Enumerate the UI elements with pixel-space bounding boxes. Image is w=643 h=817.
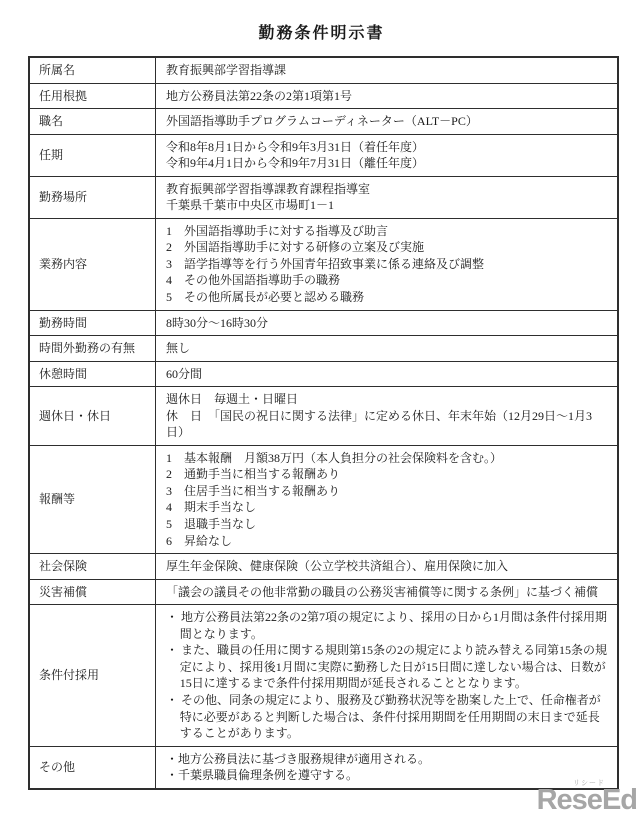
row-label: 職名 [29, 109, 156, 135]
table-row: 勤務場所 教育振興部学習指導課教育課程指導室 千葉県千葉市中央区市場町1－1 [29, 176, 618, 218]
row-label: 休憩時間 [29, 361, 156, 387]
value-line: 外国語指導助手プログラムコーディネーター（ALT－PC） [166, 113, 607, 130]
row-label: 勤務時間 [29, 310, 156, 336]
value-line: 6 昇給なし [166, 533, 607, 550]
value-line: 60分間 [166, 366, 607, 383]
value-line: 地方公務員法第22条の2第1項第1号 [166, 88, 607, 105]
value-line: ・ その他、同条の規定により、服務及び勤務状況等を勘案した上で、任命権者が特に必… [166, 692, 607, 742]
row-label: 社会保険 [29, 554, 156, 580]
table-row: 勤務時間 8時30分～16時30分 [29, 310, 618, 336]
value-line: 3 語学指導等を行う外国青年招致事業に係る連絡及び調整 [166, 256, 607, 273]
value-line: 厚生年金保険、健康保険（公立学校共済組合）、雇用保険に加入 [166, 558, 607, 575]
value-line: ・ また、職員の任用に関する規則第15条の2の規定により読み替える同第15条の規… [166, 642, 607, 692]
value-line: 1 外国語指導助手に対する指導及び助言 [166, 223, 607, 240]
table-row: 週休日・休日 週休日 毎週土・日曜日 休 日 「国民の祝日に関する法律」に定める… [29, 387, 618, 446]
row-value: 無し [156, 336, 619, 362]
table-row: 所属名 教育振興部学習指導課 [29, 57, 618, 83]
table-row: 報酬等 1 基本報酬 月額38万円（本人負担分の社会保険料を含む。） 2 通勤手… [29, 445, 618, 553]
value-line: 教育振興部学習指導課 [166, 62, 607, 79]
value-line: 4 その他外国語指導助手の職務 [166, 272, 607, 289]
row-label: 災害補償 [29, 579, 156, 605]
value-line: 令和8年8月1日から令和9年3月31日（着任年度） [166, 139, 607, 156]
table-row: 休憩時間 60分間 [29, 361, 618, 387]
value-line: 教育振興部学習指導課教育課程指導室 [166, 181, 607, 198]
value-line: 8時30分～16時30分 [166, 315, 607, 332]
table-row: 条件付採用 ・ 地方公務員法第22条の2第7項の規定により、採用の日から1月間は… [29, 605, 618, 746]
value-line: 3 住居手当に相当する報酬あり [166, 483, 607, 500]
row-label: 条件付採用 [29, 605, 156, 746]
row-label: 時間外勤務の有無 [29, 336, 156, 362]
row-value: 厚生年金保険、健康保険（公立学校共済組合）、雇用保険に加入 [156, 554, 619, 580]
row-value: 8時30分～16時30分 [156, 310, 619, 336]
value-line: 「議会の議員その他非常勤の職員の公務災害補償等に関する条例」に基づく補償 [166, 584, 607, 601]
row-value: 外国語指導助手プログラムコーディネーター（ALT－PC） [156, 109, 619, 135]
value-line: 千葉県千葉市中央区市場町1－1 [166, 197, 607, 214]
row-label: 報酬等 [29, 445, 156, 553]
value-line: 5 退職手当なし [166, 516, 607, 533]
row-value: 1 基本報酬 月額38万円（本人負担分の社会保険料を含む。） 2 通勤手当に相当… [156, 445, 619, 553]
table-row: 災害補償 「議会の議員その他非常勤の職員の公務災害補償等に関する条例」に基づく補… [29, 579, 618, 605]
value-line: ・地方公務員法に基づき服務規律が適用される。 [166, 751, 607, 768]
value-line: 令和9年4月1日から令和9年7月31日（離任年度） [166, 155, 607, 172]
row-value: 1 外国語指導助手に対する指導及び助言 2 外国語指導助手に対する研修の立案及び… [156, 218, 619, 310]
working-conditions-table: 所属名 教育振興部学習指導課 任用根拠 地方公務員法第22条の2第1項第1号 職… [28, 56, 619, 790]
row-value: 令和8年8月1日から令和9年3月31日（着任年度） 令和9年4月1日から令和9年… [156, 134, 619, 176]
value-line: 2 外国語指導助手に対する研修の立案及び実施 [166, 239, 607, 256]
row-label: 週休日・休日 [29, 387, 156, 446]
value-line: 4 期末手当なし [166, 499, 607, 516]
reseed-watermark-logo: リシード ReseEd [517, 779, 637, 817]
table-row: 社会保険 厚生年金保険、健康保険（公立学校共済組合）、雇用保険に加入 [29, 554, 618, 580]
table-row: 業務内容 1 外国語指導助手に対する指導及び助言 2 外国語指導助手に対する研修… [29, 218, 618, 310]
row-label: 業務内容 [29, 218, 156, 310]
row-value: ・ 地方公務員法第22条の2第7項の規定により、採用の日から1月間は条件付採用期… [156, 605, 619, 746]
row-value: 教育振興部学習指導課 [156, 57, 619, 83]
table-row: 職名 外国語指導助手プログラムコーディネーター（ALT－PC） [29, 109, 618, 135]
table-row: 時間外勤務の有無 無し [29, 336, 618, 362]
value-line: 休 日 「国民の祝日に関する法律」に定める休日、年末年始（12月29日～1月3日… [166, 408, 607, 441]
value-line: 週休日 毎週土・日曜日 [166, 391, 607, 408]
row-value: 「議会の議員その他非常勤の職員の公務災害補償等に関する条例」に基づく補償 [156, 579, 619, 605]
row-label: 任用根拠 [29, 83, 156, 109]
row-value: 60分間 [156, 361, 619, 387]
watermark-brand-text: ReseEd [537, 784, 637, 817]
value-line: 無し [166, 340, 607, 357]
row-value: 週休日 毎週土・日曜日 休 日 「国民の祝日に関する法律」に定める休日、年末年始… [156, 387, 619, 446]
row-label: その他 [29, 746, 156, 789]
row-label: 所属名 [29, 57, 156, 83]
value-line: ・ 地方公務員法第22条の2第7項の規定により、採用の日から1月間は条件付採用期… [166, 609, 607, 642]
page-title: 勤務条件明示書 [0, 20, 643, 43]
row-value: 地方公務員法第22条の2第1項第1号 [156, 83, 619, 109]
value-line: 1 基本報酬 月額38万円（本人負担分の社会保険料を含む。） [166, 450, 607, 467]
value-line: 5 その他所属長が必要と認める職務 [166, 289, 607, 306]
table-row: 任用根拠 地方公務員法第22条の2第1項第1号 [29, 83, 618, 109]
value-line: 2 通勤手当に相当する報酬あり [166, 466, 607, 483]
table-row: 任期 令和8年8月1日から令和9年3月31日（着任年度） 令和9年4月1日から令… [29, 134, 618, 176]
row-value: 教育振興部学習指導課教育課程指導室 千葉県千葉市中央区市場町1－1 [156, 176, 619, 218]
row-label: 勤務場所 [29, 176, 156, 218]
row-label: 任期 [29, 134, 156, 176]
